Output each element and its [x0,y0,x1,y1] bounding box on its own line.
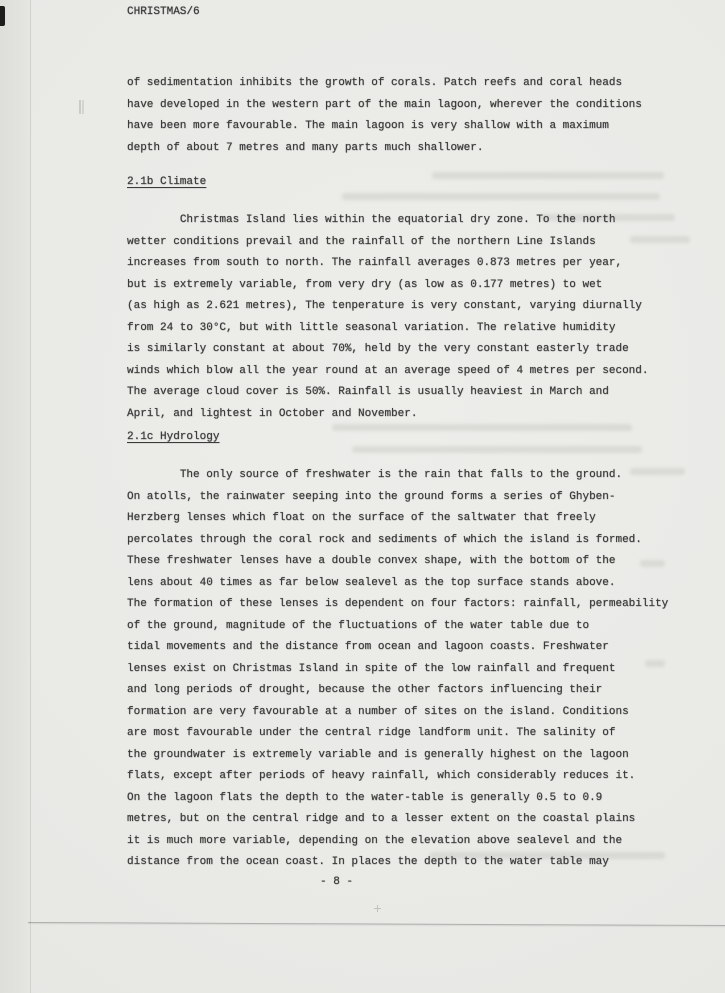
scan-bottom-edge-line [28,922,725,926]
page-number: - 8 - [320,872,353,894]
document-header: CHRISTMAS/6 [127,5,200,19]
climate-section-heading: 2.1b Climate [127,172,206,194]
scan-edge-blot [0,6,5,26]
hydrology-section-heading: 2.1c Hydrology [127,427,219,449]
hydrology-paragraph: The only source of freshwater is the rai… [127,465,697,874]
bleed-through-artifact [352,446,642,453]
scan-speck-artifact [374,905,381,912]
bleed-through-artifact [432,172,664,179]
climate-paragraph: Christmas Island lies within the equator… [127,210,697,425]
scan-left-margin-strip [0,0,31,993]
bleed-through-artifact [342,193,660,200]
scanned-document-page: CHRISTMAS/6 of sedimentation inhibits th… [0,0,725,993]
paper-crease-mark [79,100,84,114]
bleed-through-artifact [332,424,632,431]
intro-paragraph: of sedimentation inhibits the growth of … [127,73,697,159]
